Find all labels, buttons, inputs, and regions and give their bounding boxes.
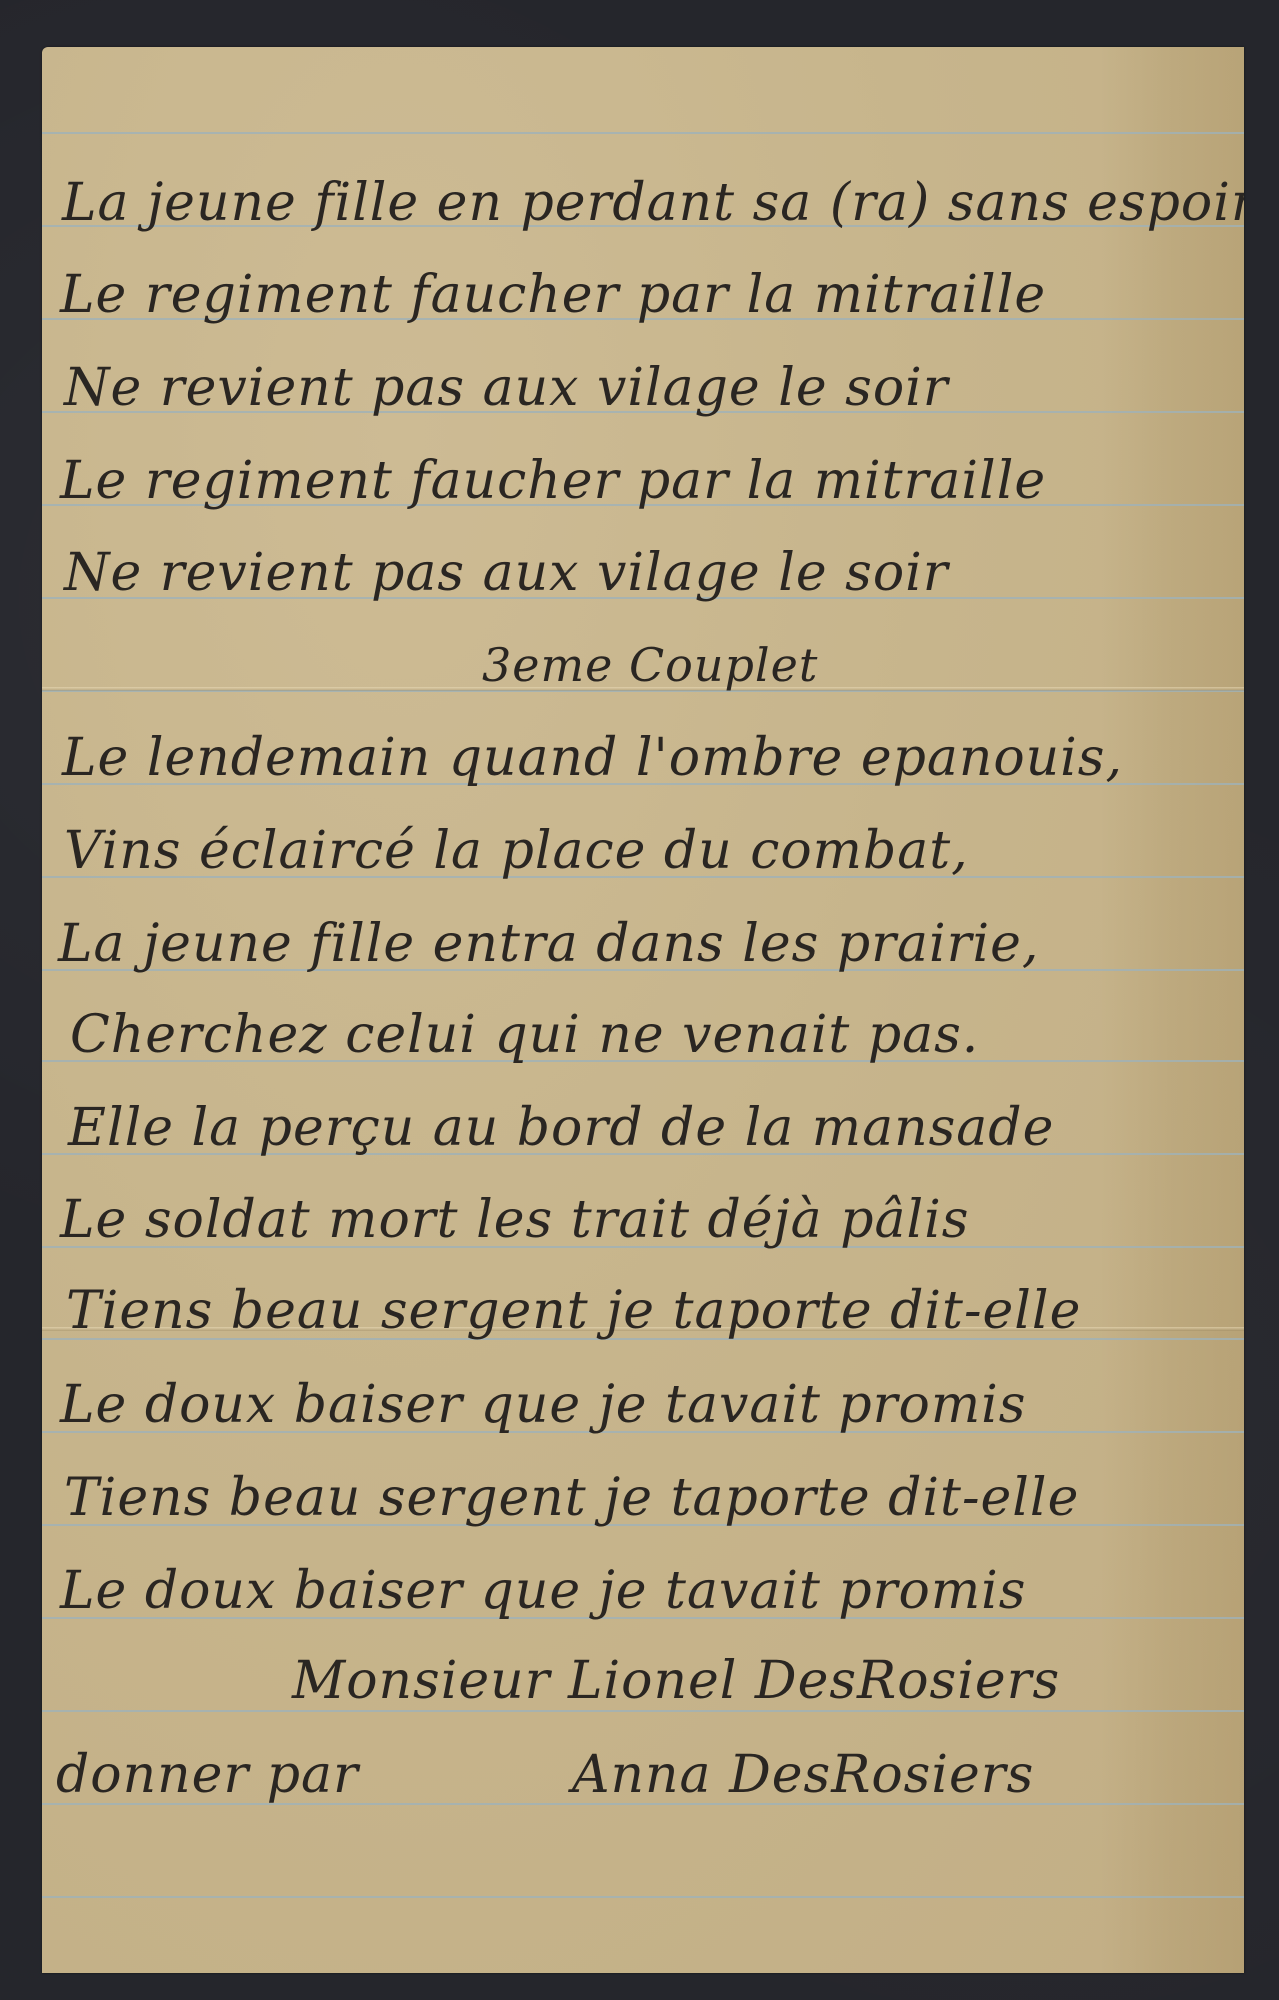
lyric-line: Vins éclaircé la place du combat, xyxy=(64,825,969,877)
lyric-line: La jeune fille en perdant sa (ra) sans e… xyxy=(62,177,1244,229)
lyric-line: Tiens beau sergent je taporte dit-elle xyxy=(66,1285,1081,1337)
ruled-paper-sheet: La jeune fille en perdant sa (ra) sans e… xyxy=(42,47,1244,1973)
lyric-line: Le lendemain quand l'ombre epanouis, xyxy=(62,732,1123,784)
signature-label: donner par xyxy=(56,1749,359,1801)
lyric-line: Le doux baiser que je tavait promis xyxy=(60,1565,1026,1617)
signature-name: Anna DesRosiers xyxy=(572,1749,1034,1801)
lyric-line: Le regiment faucher par la mitraille xyxy=(60,455,1046,507)
dedication-line: Monsieur Lionel DesRosiers xyxy=(292,1655,1060,1707)
lyric-line: Le soldat mort les trait déjà pâlis xyxy=(60,1194,969,1246)
rule-line xyxy=(42,1896,1244,1898)
lyric-line: Ne revient pas aux vilage le soir xyxy=(64,547,949,599)
lyric-line: La jeune fille entra dans les prairie, xyxy=(58,918,1039,970)
lyric-line: Le doux baiser que je tavait promis xyxy=(60,1379,1026,1431)
rule-line xyxy=(42,132,1244,134)
lyric-line: Le regiment faucher par la mitraille xyxy=(60,269,1046,321)
lyric-line: Ne revient pas aux vilage le soir xyxy=(64,362,949,414)
lyric-line: Cherchez celui qui ne venait pas. xyxy=(70,1009,979,1061)
lyric-line: Tiens beau sergent je taporte dit-elle xyxy=(64,1472,1079,1524)
section-heading: 3eme Couplet xyxy=(482,642,818,688)
lyric-line: Elle la perçu au bord de la mansade xyxy=(68,1102,1054,1154)
